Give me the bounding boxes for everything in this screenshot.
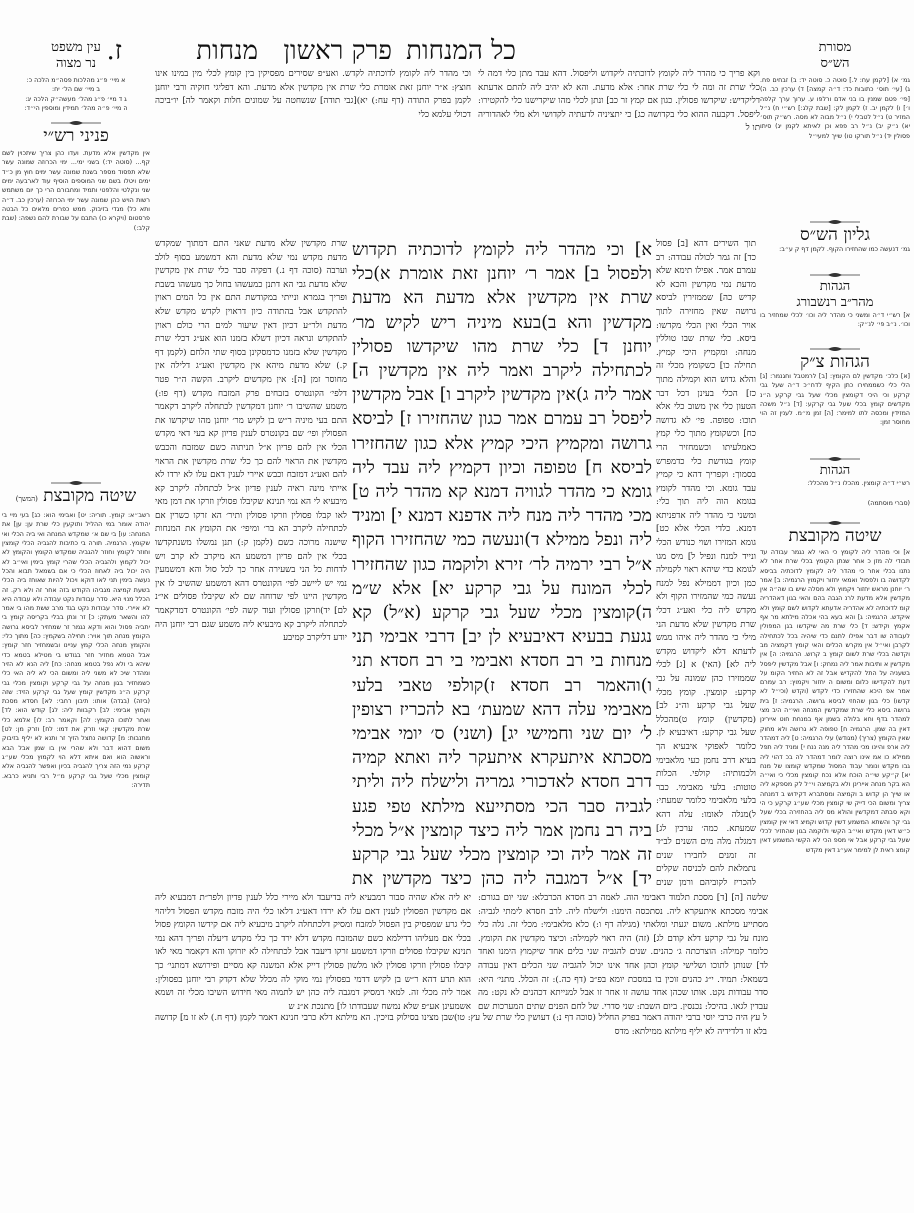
shitah-mekubetzet-text: א] וכי מהדר ליה לקומץ כי האי לא נגמר עבו…: [760, 548, 910, 1060]
ornament-icon: [810, 272, 860, 278]
hagahot-title: הגהות: [760, 463, 910, 479]
ner-mitzvah-title: נר מצוה: [2, 56, 150, 72]
rashi-bottom-band: שלשה [ה] [ד] מסכת תלמוד דאבימי הוה. לאמה…: [478, 892, 768, 1010]
shitah-mekubetzet-title: שיטה מקובצת: [760, 527, 910, 546]
tosafot-side-text: שרת מקדשין שלא מדעת שאני התם דמתוך שמקדש…: [155, 239, 347, 643]
tosafot-bottom: ל עץ היה כרבי יוסי ברבי יהודה דאמר בפרק …: [155, 1012, 767, 1152]
hagahot-note: (סברי מוסתמה): [760, 499, 910, 509]
hagahot-mahrab-subtitle: מהר״ב רנשבורג: [760, 295, 910, 311]
mesoret-title: מסורת: [760, 40, 910, 56]
rashi-commentary: תוך השירים דהא [ב] פסול כד] זה גמר לכולה…: [656, 238, 756, 890]
tosafot-bottom-band-left: יא ליה אלא שהיה סבור דמבעיא ליה בדיעבד ו…: [155, 892, 471, 1010]
tosafot-upper-band: וכי מהדר ליה לקומץ לדוכתיה לקדש. ואע״פ ש…: [155, 68, 471, 236]
ornament-divider: [760, 455, 910, 463]
ein-mishpat-title: עין משפט: [2, 40, 150, 56]
gilyon-hashas-title: גליון הש״ס: [760, 226, 910, 245]
ein-mishpat-entry: ה מיי׳ פ״ה מהל׳ תמידין ומוספין הי״ד:: [2, 104, 150, 113]
rashi-upper-band: וקא פריך כי מהדר ליה לקומץ לדוכתיה ליקדו…: [478, 68, 760, 236]
hashas-title: הש״ס: [760, 56, 910, 72]
hagahot-text: רש״י ד״ה קומצין. מהכלו נ״ל מהכלל:: [760, 479, 910, 499]
mesoret-hashas-text: גמ׳ א) [לקמן עח: ל.] סוטה כ. סוטה יד: ב)…: [760, 76, 910, 208]
shitah-mekubetzet-left-title: שיטה מקובצת (המשך): [2, 487, 150, 509]
shitah-mekubetzet-left-text: רשב״א: קומץ. תוריה: יט] ואבימי הוא: כג] …: [2, 511, 150, 1016]
gilyon-hashas-text: גמ׳ דנעשה כמו שהחזירו הקוף. לקמן דף ק ע״…: [760, 245, 910, 265]
ein-mishpat-list: א מיי׳ פ״ג מהלכות פסה״מ הלכה כ: ב מיי׳ ש…: [2, 76, 150, 113]
header-tractate-title: כל המנחות: [406, 36, 516, 66]
right-sidebar: מסורת הש״ס גמ׳ א) [לקמן עח: ל.] סוטה כ. …: [760, 40, 910, 1210]
pninei-rashi-title: פניני רש״י: [2, 127, 150, 146]
left-sidebar: עין משפט נר מצוה א מיי׳ פ״ג מהלכות פסה״מ…: [2, 40, 150, 1210]
ornament-divider: [760, 271, 910, 279]
header-chapter: פרק ראשון: [283, 36, 392, 66]
hagahot-mahrab-title: הגהות: [760, 279, 910, 295]
ornament-icon: [810, 456, 860, 462]
hagahot-tzk-text: [א] כלכ׳ מקדשין לם הקומץ: [ב] לרמטבל וחג…: [760, 372, 910, 447]
header-tractate: מנחות: [196, 36, 258, 66]
pninei-rashi-text: אין מקדשין אלא מדעת. ועדו כהן צריך שיתכו…: [2, 149, 150, 299]
continued-note: (המשך): [16, 495, 38, 503]
gemara-block: א] וכי מהדר ליה לקומץ לדוכתיה תקדוש ולפס…: [352, 238, 652, 890]
tosafot-commentary: שרת מקדשין שלא מדעת שאני התם דמתוך שמקדש…: [155, 238, 347, 890]
ein-mishpat-entry: א מיי׳ פ״ג מהלכות פסה״מ הלכה כ:: [2, 76, 150, 85]
ein-mishpat-entry: ב מיי׳ שם הל׳ יח:: [2, 85, 150, 94]
ein-mishpat-entry: ג ד מיי׳ פ״ג מהל׳ מעשה״ק הלכה יג:: [2, 95, 150, 104]
hagahot-tzk-title: הגהות צ״ק: [760, 353, 910, 372]
gemara-text: א] וכי מהדר ליה לקומץ לדוכתיה תקדוש ולפס…: [352, 238, 652, 890]
hagahot-mahrab-text: א] רש״י ד״ה ומשני כי מהדר ליה וכו׳ לכלי …: [760, 311, 910, 339]
